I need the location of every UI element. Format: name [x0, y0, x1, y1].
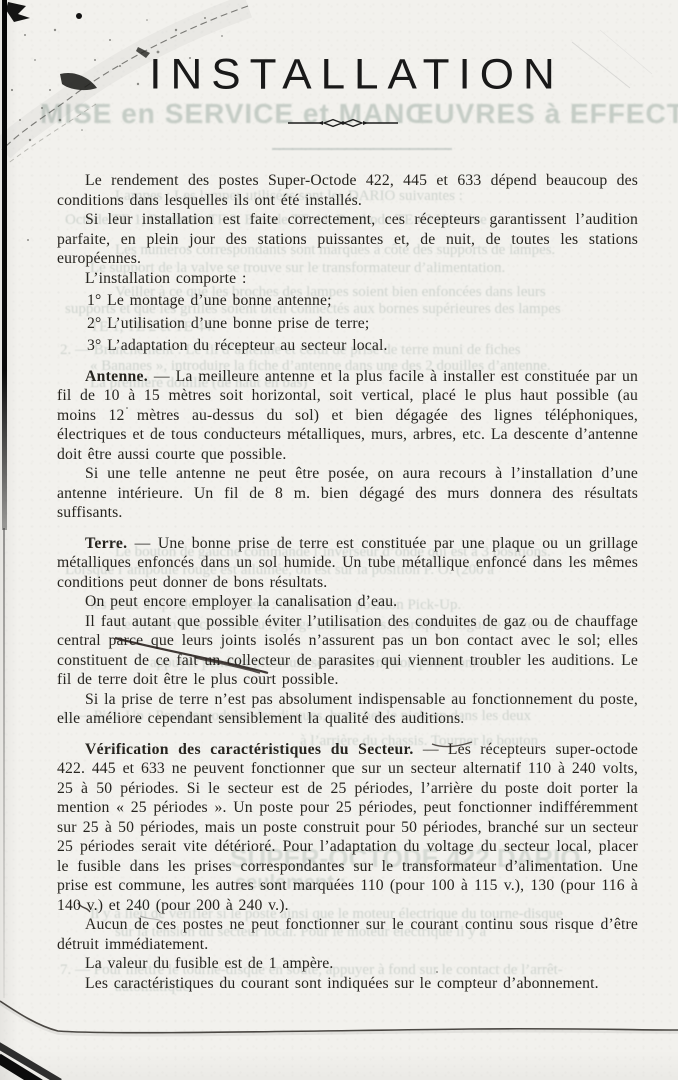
paragraph: La valeur du fusible est de 1 ampère.	[57, 954, 638, 974]
bleed-through-rule	[272, 148, 452, 150]
scan-edge-shadow-tail	[3, 528, 5, 998]
paragraph: Vérification des caractéristiques du Sec…	[57, 740, 638, 916]
paragraph: Si leur installation est faite correctem…	[57, 210, 638, 269]
paragraph: Antenne. — La meilleure antenne et la pl…	[57, 367, 638, 465]
section-heading: Vérification des caractéristiques du Sec…	[85, 741, 414, 758]
list-item: 1° Le montage d’une bonne antenne;	[57, 291, 638, 311]
paragraph: Il faut autant que possible éviter l’uti…	[57, 612, 638, 690]
section-heading: Terre.	[85, 535, 127, 552]
paragraph: L’installation comporte :	[57, 269, 638, 289]
paragraph: Aucun de ces postes ne peut fonctionner …	[57, 915, 638, 954]
paragraph: Terre. — Une bonne prise de terre est co…	[57, 534, 638, 593]
paragraph: Le rendement des postes Super-Octode 422…	[57, 171, 638, 210]
document-body: Le rendement des postes Super-Octode 422…	[57, 171, 638, 993]
paragraph: Si une telle antenne ne peut être posée,…	[57, 464, 638, 523]
list-item: 2° L’utilisation d’une bonne prise de te…	[57, 314, 638, 334]
paragraph: Les caractéristiques du courant sont ind…	[57, 974, 638, 994]
paragraph: Si la prise de terre n’est pas absolumen…	[57, 690, 638, 729]
scanned-manual-page: MISE en SERVICE et MANŒUVRES à EFFECTUER…	[0, 0, 678, 1080]
scan-edge-shadow	[2, 0, 7, 530]
section-heading: Antenne.	[85, 368, 148, 385]
title-ornament-icon	[288, 117, 398, 129]
list-item: 3° L’adaptation du récepteur au secteur …	[57, 336, 638, 356]
paragraph: On peut encore employer la canalisation …	[57, 592, 638, 612]
page-title: INSTALLATION	[57, 51, 647, 99]
